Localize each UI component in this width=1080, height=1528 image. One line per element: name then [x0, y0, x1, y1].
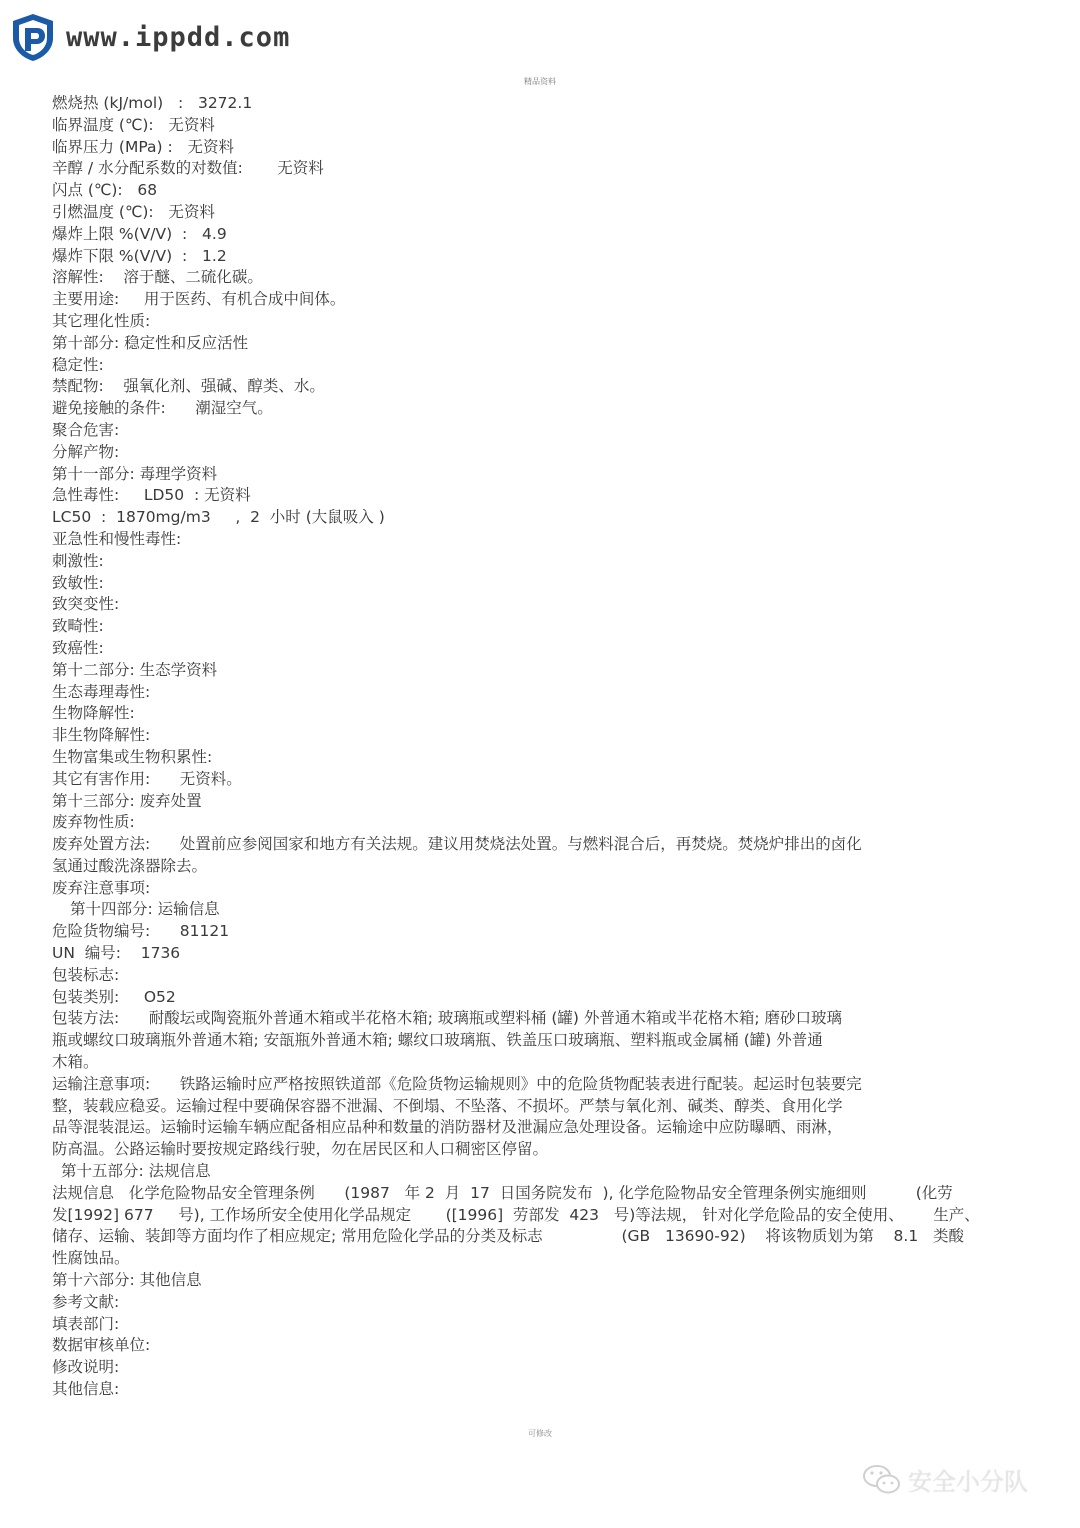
watermark: 安全小分队: [862, 1462, 1028, 1497]
doc-line: 刺激性:: [52, 551, 1042, 573]
doc-line: 闪点 (℃): 68: [52, 180, 1042, 202]
doc-line: 生物富集或生物积累性:: [52, 747, 1042, 769]
doc-line: 辛醇 / 水分配系数的对数值: 无资料: [52, 158, 1042, 180]
doc-line: UN 编号: 1736: [52, 943, 1042, 965]
regulations-line: 法规信息 化学危险物品安全管理条例 (1987 年 2 月 17 日国务院发布 …: [52, 1183, 1042, 1205]
doc-line: 数据审核单位:: [52, 1335, 1042, 1357]
doc-line: 危险货物编号: 81121: [52, 921, 1042, 943]
section-heading: 第十四部分: 运输信息: [52, 899, 1042, 921]
doc-line: 包装标志:: [52, 965, 1042, 987]
shield-p-logo-icon: [10, 12, 56, 62]
site-url: www.ippdd.com: [66, 22, 290, 53]
disposal-notes: 废弃注意事项:: [52, 878, 1042, 900]
doc-line: 致突变性:: [52, 594, 1042, 616]
packaging-method-line: 木箱。: [52, 1052, 1042, 1074]
doc-line: 溶解性: 溶于醚、二硫化碳。: [52, 267, 1042, 289]
doc-line: 包装类别: O52: [52, 987, 1042, 1009]
doc-line: 致敏性:: [52, 573, 1042, 595]
regulations-line: 发[1992] 677 号), 工作场所安全使用化学品规定 ([1996] 劳部…: [52, 1205, 1042, 1227]
doc-line: 禁配物: 强氧化剂、强碱、醇类、水。: [52, 376, 1042, 398]
transport-notes-line: 整，装载应稳妥。运输过程中要确保容器不泄漏、不倒塌、不坠落、不损坏。严禁与氧化剂…: [52, 1096, 1042, 1118]
doc-line: 爆炸上限 %(V/V) : 4.9: [52, 224, 1042, 246]
doc-line: 分解产物:: [52, 442, 1042, 464]
doc-line: 亚急性和慢性毒性:: [52, 529, 1042, 551]
disposal-method-line: 废弃处置方法: 处置前应参阅国家和地方有关法规。建议用焚烧法处置。与燃料混合后，…: [52, 834, 1042, 856]
doc-line: 临界压力 (MPa) : 无资料: [52, 137, 1042, 159]
section-heading: 第十二部分: 生态学资料: [52, 660, 1042, 682]
doc-line: LC50 : 1870mg/m3 , 2 小时 (大鼠吸入 ): [52, 507, 1042, 529]
transport-notes-line: 防高温。公路运输时要按规定路线行驶，勿在居民区和人口稠密区停留。: [52, 1139, 1042, 1161]
doc-line: 避免接触的条件: 潮湿空气。: [52, 398, 1042, 420]
doc-line: 聚合危害:: [52, 420, 1042, 442]
section-heading: 第十三部分: 废弃处置: [52, 791, 1042, 813]
doc-line: 其它理化性质:: [52, 311, 1042, 333]
doc-line: 急性毒性: LD50 : 无资料: [52, 485, 1042, 507]
section-heading: 第十五部分: 法规信息: [52, 1161, 1042, 1183]
site-logo[interactable]: www.ippdd.com: [10, 12, 290, 62]
doc-line: 非生物降解性:: [52, 725, 1042, 747]
transport-notes-line: 品等混装混运。运输时运输车辆应配备相应品种和数量的消防器材及泄漏应急处理设备。运…: [52, 1117, 1042, 1139]
doc-line: 其他信息:: [52, 1379, 1042, 1401]
doc-line: 临界温度 (℃): 无资料: [52, 115, 1042, 137]
section-heading: 第十一部分: 毒理学资料: [52, 464, 1042, 486]
doc-line: 致癌性:: [52, 638, 1042, 660]
regulations-line: 储存、运输、装卸等方面均作了相应规定; 常用危险化学品的分类及标志 (GB 13…: [52, 1226, 1042, 1248]
doc-line: 稳定性:: [52, 355, 1042, 377]
section-heading: 第十部分: 稳定性和反应活性: [52, 333, 1042, 355]
section-heading: 第十六部分: 其他信息: [52, 1270, 1042, 1292]
watermark-text: 安全小分队: [908, 1462, 1028, 1497]
disposal-method-line: 氢通过酸洗涤器除去。: [52, 856, 1042, 878]
doc-line: 废弃物性质:: [52, 812, 1042, 834]
doc-line: 生物降解性:: [52, 703, 1042, 725]
doc-line: 参考文献:: [52, 1292, 1042, 1314]
doc-line: 致畸性:: [52, 616, 1042, 638]
wechat-icon: [862, 1463, 902, 1497]
regulations-line: 性腐蚀品。: [52, 1248, 1042, 1270]
packaging-method-line: 包装方法: 耐酸坛或陶瓷瓶外普通木箱或半花格木箱; 玻璃瓶或塑料桶 (罐) 外普…: [52, 1008, 1042, 1030]
doc-line: 生态毒理毒性:: [52, 682, 1042, 704]
transport-notes-line: 运输注意事项: 铁路运输时应严格按照铁道部《危险货物运输规则》中的危险货物配装表…: [52, 1074, 1042, 1096]
doc-line: 燃烧热 (kJ/mol) : 3272.1: [52, 93, 1042, 115]
packaging-method-line: 瓶或螺纹口玻璃瓶外普通木箱; 安瓿瓶外普通木箱; 螺纹口玻璃瓶、铁盖压口玻璃瓶、…: [52, 1030, 1042, 1052]
doc-line: 引燃温度 (℃): 无资料: [52, 202, 1042, 224]
footer-note: 可修改: [0, 1428, 1080, 1439]
doc-line: 爆炸下限 %(V/V) : 1.2: [52, 246, 1042, 268]
doc-line: 其它有害作用: 无资料。: [52, 769, 1042, 791]
header-note: 精品资料: [0, 76, 1080, 87]
doc-line: 主要用途: 用于医药、有机合成中间体。: [52, 289, 1042, 311]
doc-line: 填表部门:: [52, 1314, 1042, 1336]
doc-line: 修改说明:: [52, 1357, 1042, 1379]
document-body: 燃烧热 (kJ/mol) : 3272.1 临界温度 (℃): 无资料 临界压力…: [52, 93, 1042, 1401]
